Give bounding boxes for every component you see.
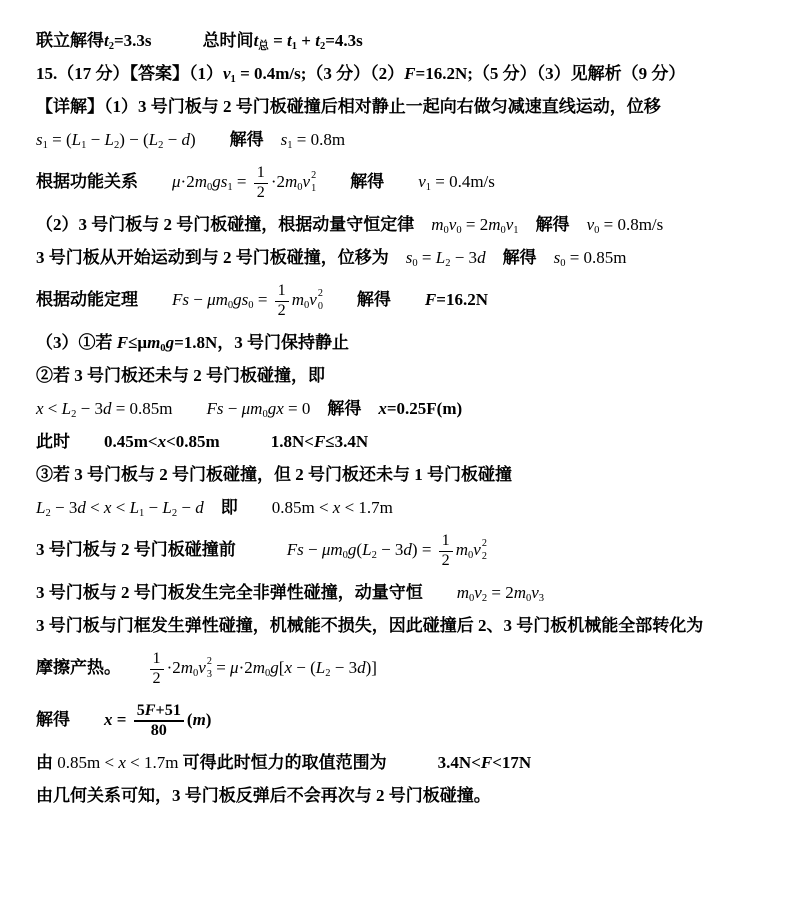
text-run: ·2 xyxy=(181,172,195,191)
text-run: m xyxy=(147,333,160,352)
text-run: ;（3 分）（2） xyxy=(301,64,404,83)
text-run: m xyxy=(181,658,193,677)
text-run: 2 xyxy=(193,366,202,385)
text-run: 号门板还未与 xyxy=(304,465,415,484)
text-run: 号门保持静止 xyxy=(243,333,349,352)
text-run: μm xyxy=(207,290,228,309)
text-run: < 1.7m xyxy=(340,498,393,517)
text-run xyxy=(196,130,230,149)
text-run: m xyxy=(253,658,265,677)
text-line: ②若 3 号门板还未与 2 号门板碰撞，即 xyxy=(36,359,770,392)
text-run: − xyxy=(224,399,242,418)
text-run: gs xyxy=(212,172,227,191)
text-run: <0.85m xyxy=(166,432,220,451)
text-line: s1 = (L1 − L2) − (L2 − d) 解得 s1 = 0.8m xyxy=(36,123,770,156)
text-run: 3 xyxy=(79,215,88,234)
text-run: 2 xyxy=(121,540,130,559)
text-line: 此时 0.45m<x<0.85m 1.8N<F≤3.4N xyxy=(36,425,770,458)
text-run: 3 xyxy=(36,248,45,267)
text-run: =1.8N xyxy=(174,333,217,352)
text-run xyxy=(486,248,503,267)
text-run: 号门板反弹后不会再次与 xyxy=(181,786,377,805)
text-run: 3 xyxy=(172,786,181,805)
text-run: m xyxy=(431,215,443,234)
text-run: 号门板碰撞，位移为 xyxy=(232,248,389,267)
text-run: 3 xyxy=(36,616,45,635)
text-run xyxy=(316,172,350,191)
text-run: = 0.4m/s xyxy=(236,64,301,83)
text-run: ·2 xyxy=(271,172,285,191)
text-run: = xyxy=(269,31,287,50)
fraction: 12 xyxy=(439,532,453,570)
text-run: v xyxy=(223,64,231,83)
text-run: 2 xyxy=(121,583,130,602)
text-run: < 1.7m xyxy=(126,753,179,772)
text-run: v xyxy=(303,172,311,191)
text-line: 3 号门板与 2 号门板碰撞前 Fs − μm0g(L2 − 3d) = 12m… xyxy=(36,524,770,576)
text-run: = 0.85m xyxy=(111,399,172,418)
text-run: = 0 xyxy=(284,399,311,418)
text-run: − xyxy=(86,130,104,149)
text-run: 摩擦产热。 xyxy=(36,658,113,677)
text-line: （3）①若 F≤μm0g=1.8N，3 号门保持静止 xyxy=(36,326,770,359)
text-run: 号门板与 xyxy=(45,540,122,559)
text-run: Fs xyxy=(207,399,224,418)
text-run: v xyxy=(418,172,426,191)
text-run: d xyxy=(195,498,204,517)
text-run: L xyxy=(362,540,371,559)
text-run: = 0.8m xyxy=(293,130,346,149)
text-run: 号门板碰撞，但 xyxy=(168,465,296,484)
text-run: − 3 xyxy=(76,399,103,418)
text-run: 3 xyxy=(74,465,83,484)
fraction-numerator: 5F+51 xyxy=(134,702,184,723)
text-run: 解得 xyxy=(350,172,384,191)
text-run: d xyxy=(403,540,412,559)
text-run: F xyxy=(481,753,492,772)
text-run xyxy=(70,432,104,451)
text-run: v xyxy=(198,658,206,677)
text-run: 号门板发生完全非弹性碰撞，动量守恒 xyxy=(130,583,423,602)
text-run: 号门板还未与 xyxy=(83,366,194,385)
text-run: m xyxy=(193,710,206,729)
text-line: 由几何关系可知，3 号门板反弹后不会再次与 2 号门板碰撞。 xyxy=(36,779,770,812)
text-run: 号门板机械能全部转化为 xyxy=(512,616,703,635)
text-run: = xyxy=(48,130,66,149)
text-run: = xyxy=(254,290,272,309)
text-line: 根据动能定理 Fs − μm0gs0 = 12m0v20 解得 F=16.2N xyxy=(36,274,770,326)
text-run xyxy=(138,290,172,309)
text-run: m xyxy=(514,583,526,602)
text-run: =0.25F(m) xyxy=(387,399,462,418)
text-run: F xyxy=(404,64,415,83)
text-run: 号门板碰撞后相对静止一起向右做匀减速直线运动，位移 xyxy=(232,97,661,116)
text-run: 根据功能关系 xyxy=(36,172,138,191)
text-run: 1.8N< xyxy=(271,432,314,451)
text-run: F xyxy=(145,702,156,719)
text-run: = 2 xyxy=(487,583,514,602)
text-run: =4.3s xyxy=(325,31,363,50)
text-run: 号门板碰撞，即 xyxy=(202,366,325,385)
text-run: x xyxy=(36,399,44,418)
text-run: L xyxy=(72,130,81,149)
text-run: d xyxy=(477,248,486,267)
text-run xyxy=(323,290,357,309)
text-run: +51 xyxy=(156,702,181,719)
text-run: v xyxy=(587,215,595,234)
text-run: 号门板与 xyxy=(45,583,122,602)
text-run: 3 xyxy=(504,616,513,635)
text-run: 解得 xyxy=(357,290,391,309)
text-line: 15.（17 分）【答案】（1）v1 = 0.4m/s;（3 分）（2）F=16… xyxy=(36,57,770,90)
text-line: 由 0.85m < x < 1.7m 可得此时恒力的取值范围为 3.4N<F<1… xyxy=(36,746,770,779)
document-page: 联立解得t2=3.3s 总时间t总 = t1 + t2=4.3s15.（17 分… xyxy=(0,0,800,812)
text-run: − xyxy=(125,130,143,149)
text-run: − 3 xyxy=(51,498,78,517)
text-run: x xyxy=(118,753,126,772)
text-run: m xyxy=(285,172,297,191)
text-run: =16.2N xyxy=(416,64,468,83)
text-run xyxy=(204,498,221,517)
text-run: gx xyxy=(268,399,284,418)
text-run: − ( xyxy=(292,658,316,677)
text-run: − 3 xyxy=(331,658,358,677)
text-line: 联立解得t2=3.3s 总时间t总 = t1 + t2=4.3s xyxy=(36,24,770,57)
text-run: 号门板碰撞。 xyxy=(385,786,491,805)
text-run: 2 xyxy=(164,215,173,234)
text-run: − xyxy=(163,130,181,149)
text-run: Fs xyxy=(172,290,189,309)
text-run: 号门板碰撞，根据动量守恒定律 xyxy=(172,215,414,234)
text-run: 根据动能定理 xyxy=(36,290,138,309)
text-run xyxy=(384,172,418,191)
text-run: =16.2N xyxy=(436,290,488,309)
text-run: 5 xyxy=(137,702,145,719)
text-run: + xyxy=(297,31,315,50)
text-run: 0.85m < xyxy=(57,753,118,772)
fraction-numerator: 1 xyxy=(439,532,453,552)
fraction-denominator: 80 xyxy=(148,722,170,741)
fraction: 12 xyxy=(275,282,289,320)
text-run xyxy=(570,215,587,234)
text-run: = 0.4m/s xyxy=(431,172,495,191)
text-run: =3.3s xyxy=(114,31,152,50)
text-run: μ xyxy=(172,172,181,191)
text-run: L xyxy=(149,130,158,149)
text-line: 3 号门板与门框发生弹性碰撞，机械能不损失，因此碰撞后 2、3 号门板机械能全部… xyxy=(36,609,770,642)
sub-sup-stack: 22 xyxy=(482,538,487,564)
text-run: L xyxy=(104,130,113,149)
text-run xyxy=(387,753,438,772)
text-run: = 2 xyxy=(462,215,489,234)
text-run: − 3 xyxy=(450,248,477,267)
text-run: 【详解】（1） xyxy=(36,97,138,116)
text-run xyxy=(423,583,457,602)
text-run xyxy=(220,432,271,451)
text-run: 即 xyxy=(221,498,238,517)
text-run: 3 xyxy=(74,366,83,385)
text-run xyxy=(391,290,425,309)
text-run: 3 xyxy=(539,593,544,604)
text-run xyxy=(537,248,554,267)
text-run: L xyxy=(62,399,71,418)
superscript: 2 xyxy=(482,538,487,551)
text-run xyxy=(389,248,406,267)
text-line: 摩擦产热。 12·2m0v23 = μ·2m0g[x − (L2 − 3d)] xyxy=(36,642,770,694)
text-run: 号门板与 xyxy=(83,465,160,484)
text-run xyxy=(264,130,281,149)
text-run: x xyxy=(284,658,292,677)
text-run: 1 xyxy=(414,465,423,484)
text-run: )] xyxy=(366,658,377,677)
text-run: x xyxy=(158,432,167,451)
text-run: v xyxy=(473,540,481,559)
text-run xyxy=(310,399,327,418)
text-run: L xyxy=(162,498,171,517)
text-run: ≤μ xyxy=(128,333,147,352)
text-run: 3 xyxy=(36,583,45,602)
text-run: 联立解得 xyxy=(36,31,104,50)
text-run: 2 xyxy=(295,465,304,484)
text-run: 3 xyxy=(36,540,45,559)
text-run: （3）①若 xyxy=(36,333,117,352)
text-run xyxy=(113,658,147,677)
text-run: 号门板与 xyxy=(87,215,164,234)
text-line: 3 号门板与 2 号门板发生完全非弹性碰撞，动量守恒 m0v2 = 2m0v3 xyxy=(36,576,770,609)
text-run: ③若 xyxy=(36,465,74,484)
text-run: < xyxy=(86,498,104,517)
text-line: 解得 x = 5F+5180(m) xyxy=(36,694,770,746)
text-run: 号门板与门框发生弹性碰撞，机械能不损失，因此碰撞后 xyxy=(45,616,479,635)
text-run: 3 xyxy=(138,97,147,116)
text-run: 总时间 xyxy=(203,31,254,50)
text-run: ≤3.4N xyxy=(325,432,368,451)
text-line: ③若 3 号门板与 2 号门板碰撞，但 2 号门板还未与 1 号门板碰撞 xyxy=(36,458,770,491)
text-run: 2 xyxy=(223,248,232,267)
text-run: ·2 xyxy=(167,658,181,677)
text-run: Fs xyxy=(287,540,304,559)
text-run: m xyxy=(457,583,469,602)
text-run: d xyxy=(181,130,190,149)
fraction-denominator: 2 xyxy=(254,184,268,203)
text-run: L xyxy=(130,498,139,517)
text-run: 0.85m < xyxy=(272,498,333,517)
text-run: m xyxy=(456,540,468,559)
text-run xyxy=(238,498,272,517)
text-run: v xyxy=(309,290,317,309)
text-run: 号门板从开始运动到与 xyxy=(45,248,224,267)
text-run: 解得 xyxy=(327,399,361,418)
text-run: − 3 xyxy=(377,540,404,559)
text-run: 2 xyxy=(159,465,168,484)
text-run: <17N xyxy=(492,753,531,772)
text-run: g xyxy=(166,333,175,352)
text-run: − xyxy=(144,498,162,517)
text-run: g xyxy=(270,658,279,677)
fraction-denominator: 2 xyxy=(150,670,164,689)
text-run: = 0.85m xyxy=(565,248,626,267)
text-line: L2 − 3d < x < L1 − L2 − d 即 0.85m < x < … xyxy=(36,491,770,524)
text-run xyxy=(70,710,104,729)
text-run: 2 xyxy=(478,616,487,635)
text-run: x xyxy=(378,399,387,418)
text-run: L xyxy=(316,658,325,677)
text-run: d xyxy=(357,658,366,677)
text-run: 3 xyxy=(234,333,243,352)
text-run: < xyxy=(111,498,129,517)
text-run: m xyxy=(292,290,304,309)
text-run: − xyxy=(304,540,322,559)
text-run: 解得 xyxy=(36,710,70,729)
text-run: ， xyxy=(217,333,234,352)
text-run: 3.4N< xyxy=(438,753,481,772)
text-run: 号门板与 xyxy=(147,97,224,116)
text-run: 由几何关系可知， xyxy=(36,786,172,805)
text-line: 3 号门板从开始运动到与 2 号门板碰撞，位移为 s0 = L2 − 3d 解得… xyxy=(36,241,770,274)
fraction-numerator: 1 xyxy=(150,650,164,670)
fraction-denominator: 2 xyxy=(275,302,289,321)
text-run: （2） xyxy=(36,215,79,234)
text-run: 号门板碰撞 xyxy=(423,465,512,484)
text-run xyxy=(152,31,203,50)
text-run: ) xyxy=(206,710,212,729)
text-run: 解得 xyxy=(503,248,537,267)
text-run: 、 xyxy=(487,616,504,635)
text-run: gs xyxy=(233,290,248,309)
text-run: − xyxy=(189,290,207,309)
text-run: F xyxy=(117,333,128,352)
text-run: ) = xyxy=(412,540,436,559)
text-run: F xyxy=(425,290,436,309)
text-run: L xyxy=(436,248,445,267)
text-run xyxy=(414,215,431,234)
text-run: = xyxy=(233,172,251,191)
fraction-numerator: 1 xyxy=(275,282,289,302)
text-run: v xyxy=(531,583,539,602)
text-run: = xyxy=(113,710,131,729)
text-run xyxy=(361,399,378,418)
text-run: s xyxy=(36,130,43,149)
text-run: 由 xyxy=(36,753,57,772)
text-run: 2 xyxy=(376,786,385,805)
fraction: 5F+5180 xyxy=(134,702,184,741)
text-run xyxy=(173,399,207,418)
text-run: 可得此时恒力的取值范围为 xyxy=(178,753,386,772)
text-run: F xyxy=(314,432,325,451)
text-run: μm xyxy=(242,399,263,418)
text-run: d xyxy=(77,498,86,517)
text-run: 总 xyxy=(258,41,269,52)
text-run: v xyxy=(474,583,482,602)
text-run: < xyxy=(44,399,62,418)
text-run xyxy=(519,215,536,234)
text-run: ;（5 分）（3）见解析（9 分） xyxy=(467,64,685,83)
text-run: ②若 xyxy=(36,366,74,385)
text-run: μm xyxy=(322,540,343,559)
text-run: 0.45m< xyxy=(104,432,158,451)
text-run: 80 xyxy=(151,722,167,739)
text-line: （2）3 号门板与 2 号门板碰撞，根据动量守恒定律 m0v0 = 2m0v1 … xyxy=(36,208,770,241)
fraction: 12 xyxy=(254,164,268,202)
text-line: 根据功能关系 μ·2m0gs1 = 12·2m0v21 解得 v1 = 0.4m… xyxy=(36,156,770,208)
text-run xyxy=(138,172,172,191)
fraction-numerator: 1 xyxy=(254,164,268,184)
text-run: m xyxy=(195,172,207,191)
text-run: ·2 xyxy=(239,658,253,677)
text-run: − xyxy=(177,498,195,517)
fraction: 12 xyxy=(150,650,164,688)
text-run: 号门板碰撞前 xyxy=(130,540,236,559)
fraction-denominator: 2 xyxy=(439,552,453,571)
text-run: 解得 xyxy=(230,130,264,149)
text-run xyxy=(236,540,287,559)
text-run: 15.（17 分）【答案】（1） xyxy=(36,64,223,83)
text-run: m xyxy=(488,215,500,234)
text-run: x xyxy=(104,710,113,729)
text-line: 【详解】（1）3 号门板与 2 号门板碰撞后相对静止一起向右做匀减速直线运动，位… xyxy=(36,90,770,123)
text-run: = 0.8m/s xyxy=(599,215,663,234)
text-run: = xyxy=(418,248,436,267)
text-run: = xyxy=(212,658,230,677)
text-line: x < L2 − 3d = 0.85m Fs − μm0gx = 0 解得 x=… xyxy=(36,392,770,425)
text-run: 此时 xyxy=(36,432,70,451)
text-run: 解得 xyxy=(536,215,570,234)
subscript: 2 xyxy=(482,551,487,564)
text-run: 2 xyxy=(223,97,232,116)
text-run: μ xyxy=(230,658,239,677)
